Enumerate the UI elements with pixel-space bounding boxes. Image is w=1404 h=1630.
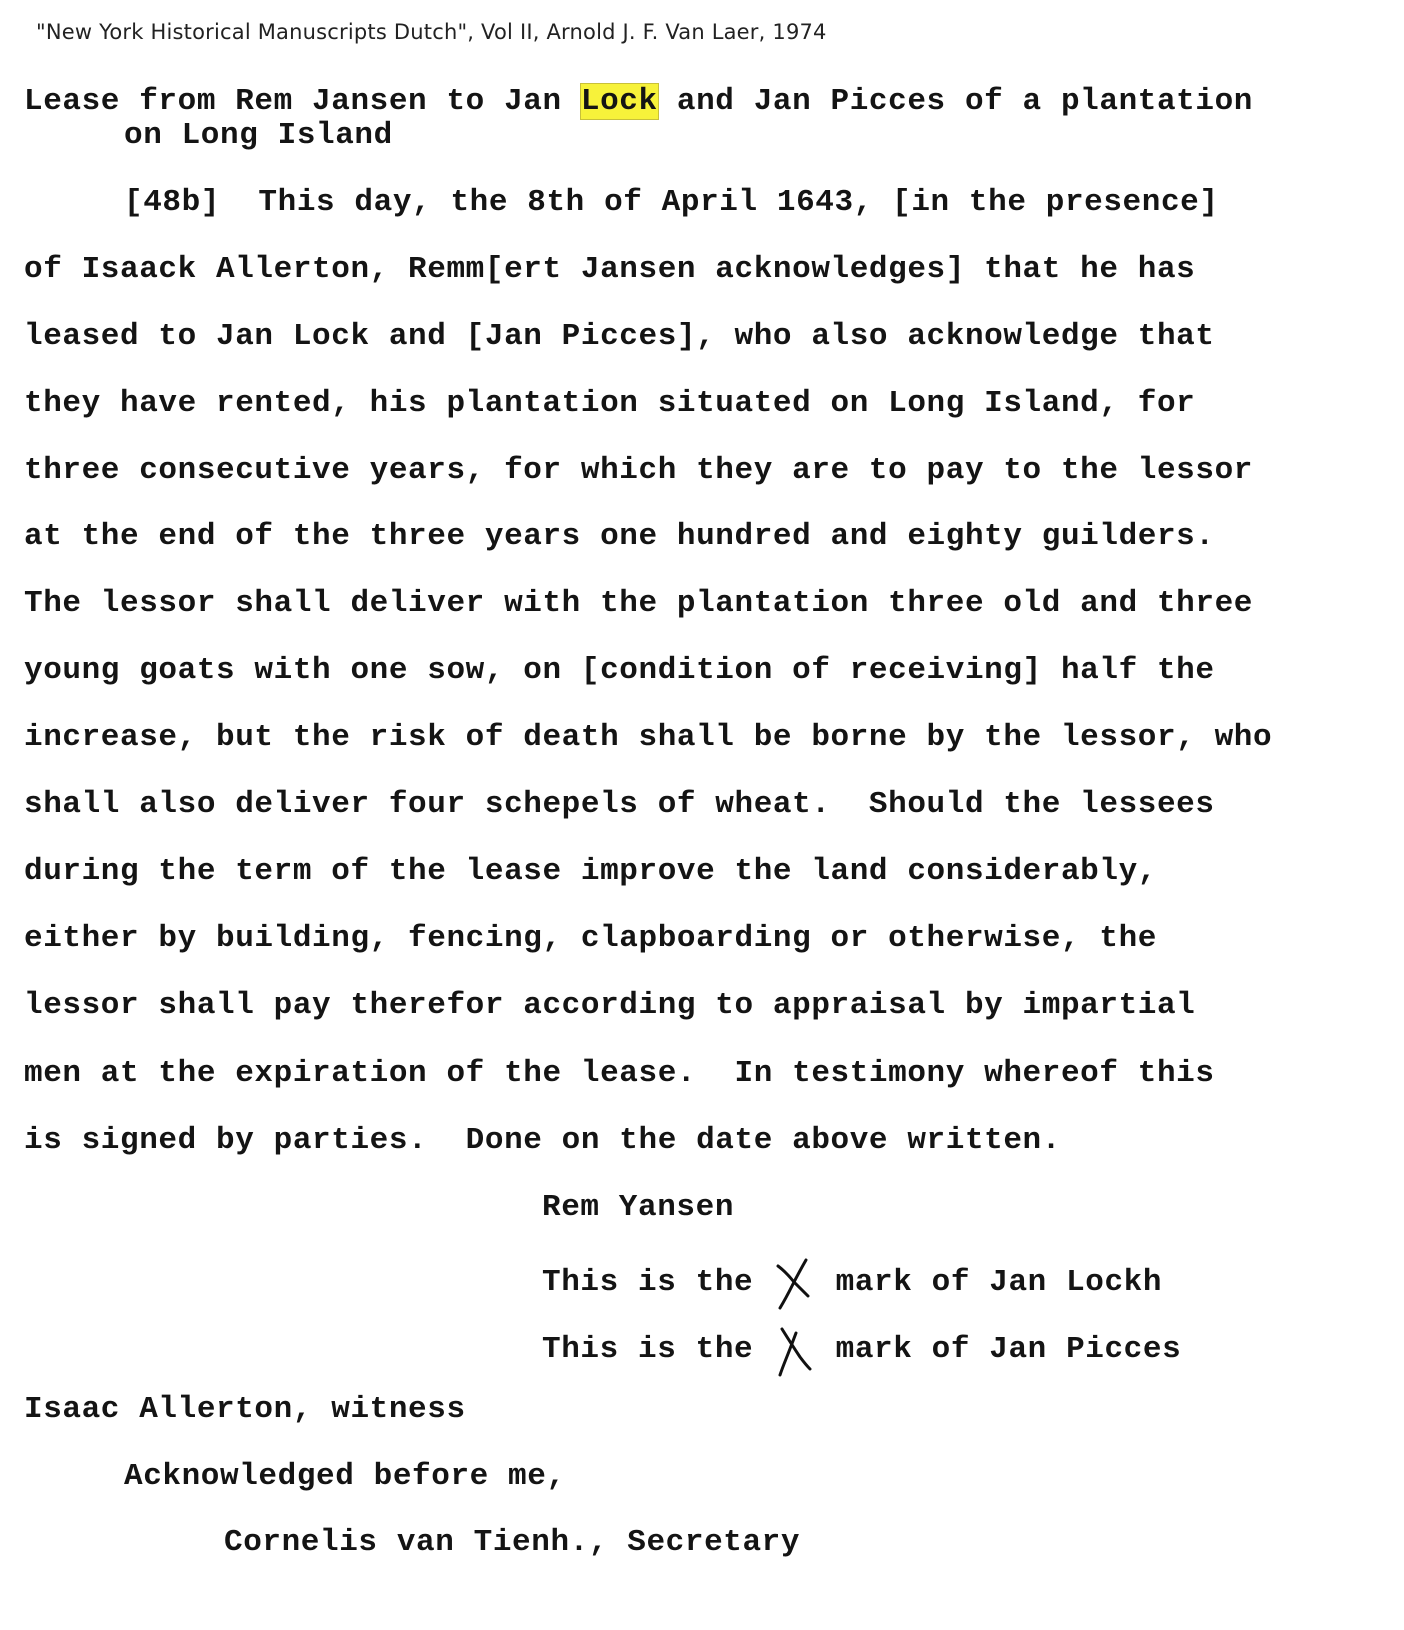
mark-suffix: mark of Jan Lockh bbox=[836, 1265, 1162, 1300]
signature-mark-jan-picces: This is the mark of Jan Picces bbox=[542, 1329, 1181, 1369]
body-line: is signed by parties. Done on the date a… bbox=[24, 1125, 1061, 1156]
document-title-line-2: on Long Island bbox=[124, 120, 393, 151]
x-mark-icon bbox=[772, 1262, 816, 1302]
mark-suffix: mark of Jan Picces bbox=[836, 1332, 1182, 1367]
body-line: of Isaack Allerton, Remm[ert Jansen ackn… bbox=[24, 254, 1195, 285]
body-line: leased to Jan Lock and [Jan Picces], who… bbox=[24, 321, 1215, 352]
body-line: either by building, fencing, clapboardin… bbox=[24, 923, 1157, 954]
body-line: men at the expiration of the lease. In t… bbox=[24, 1058, 1215, 1089]
body-line: they have rented, his plantation situate… bbox=[24, 388, 1195, 419]
signature-mark-jan-lock: This is the mark of Jan Lockh bbox=[542, 1262, 1162, 1302]
secretary-line: Cornelis van Tienh., Secretary bbox=[224, 1527, 800, 1558]
body-line: [48b] This day, the 8th of April 1643, [… bbox=[124, 187, 1219, 218]
citation-header: "New York Historical Manuscripts Dutch",… bbox=[36, 20, 827, 44]
title-text-before: Lease from Rem Jansen to Jan bbox=[24, 84, 581, 119]
witness-line: Isaac Allerton, witness bbox=[24, 1394, 466, 1425]
body-line: shall also deliver four schepels of whea… bbox=[24, 789, 1215, 820]
document-title-line-1: Lease from Rem Jansen to Jan Lock and Ja… bbox=[24, 86, 1253, 117]
body-line: increase, but the risk of death shall be… bbox=[24, 722, 1272, 753]
body-line: at the end of the three years one hundre… bbox=[24, 521, 1215, 552]
search-highlight: Lock bbox=[581, 84, 658, 119]
mark-prefix: This is the bbox=[542, 1265, 753, 1300]
body-line: The lessor shall deliver with the planta… bbox=[24, 588, 1253, 619]
signature-rem-yansen: Rem Yansen bbox=[542, 1192, 734, 1223]
mark-prefix: This is the bbox=[542, 1332, 753, 1367]
x-mark-icon bbox=[772, 1329, 816, 1369]
body-line: during the term of the lease improve the… bbox=[24, 856, 1157, 887]
body-line: lessor shall pay therefor according to a… bbox=[24, 990, 1195, 1021]
acknowledged-line: Acknowledged before me, bbox=[124, 1461, 566, 1492]
body-line: young goats with one sow, on [condition … bbox=[24, 655, 1215, 686]
body-line: three consecutive years, for which they … bbox=[24, 455, 1253, 486]
title-text-after: and Jan Picces of a plantation bbox=[658, 84, 1253, 119]
